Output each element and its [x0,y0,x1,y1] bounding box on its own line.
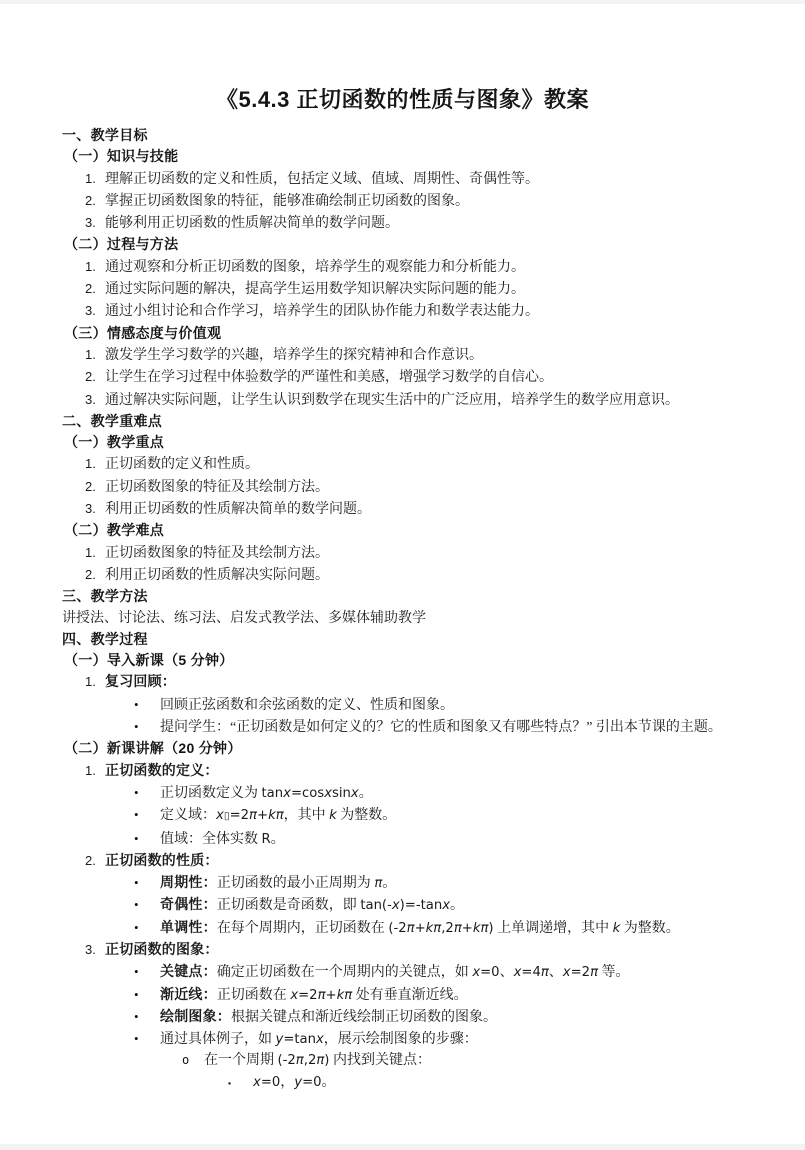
numbered-list-item: 2.让学生在学习过程中体验数学的严谨性和美感，增强学习数学的自信心。 [85,366,753,388]
bullet-list-item: •渐近线：正切函数在 x=2π+kπ 处有垂直渐近线。 [134,984,753,1006]
numbered-list-item: 1.理解正切函数的定义和性质，包括定义域、值域、周期性、奇偶性等。 [85,168,753,190]
bullet-list-item: •周期性：正切函数的最小正周期为 π。 [134,872,753,894]
line-text: 正切函数定义为 tanx=cosxsinx。 [160,783,373,804]
numbered-list-item: 1.复习回顾： [85,671,753,693]
bullet-list-item: •关键点：确定正切函数在一个周期内的关键点，如 x=0、x=4π、x=2π 等。 [134,961,753,983]
line-text: 周期性：正切函数的最小正周期为 π。 [160,872,396,894]
line-text: 提问学生：“正切函数是如何定义的？它的性质和图象又有哪些特点？” 引出本节课的主… [160,717,722,738]
subsection-heading: （二）过程与方法 [64,234,753,255]
item-number: 2. [85,278,105,299]
bullet-list-item: •单调性：在每个周期内，正切函数在 (-2π+kπ,2π+kπ) 上单调递增，其… [134,917,753,939]
line-text: 奇偶性：正切函数是奇函数，即 tan(-x)=-tanx。 [160,894,464,916]
item-number: 2. [85,476,105,497]
item-number: 3. [85,300,105,321]
numbered-list-item: 3.通过小组讨论和合作学习，培养学生的团队协作能力和数学表达能力。 [85,300,753,322]
numbered-list-item: 2.掌握正切函数图象的特征，能够准确绘制正切函数的图象。 [85,190,753,212]
line-text: x=0，y=0。 [253,1072,336,1093]
line-text: 通过实际问题的解决，提高学生运用数学知识解决实际问题的能力。 [105,279,525,300]
line-text: 值域：全体实数 R。 [160,829,285,850]
paragraph: 讲授法、讨论法、练习法、启发式教学法、多媒体辅助教学 [62,608,753,629]
numbered-list-item: 2.正切函数图象的特征及其绘制方法。 [85,476,753,498]
line-text: 通过观察和分析正切函数的图象，培养学生的观察能力和分析能力。 [105,257,525,278]
numbered-list-item: 3.利用正切函数的性质解决简单的数学问题。 [85,498,753,520]
line-text: 二、教学重难点 [62,411,162,432]
subsection-heading: （二）教学难点 [64,520,753,541]
disc-bullet-icon: • [134,716,160,737]
disc-bullet-icon: • [134,828,160,849]
line-text: （二）教学难点 [64,520,164,541]
disc-bullet-icon: • [134,984,160,1005]
line-text: 关键点：确定正切函数在一个周期内的关键点，如 x=0、x=4π、x=2π 等。 [160,961,630,983]
item-number: 1. [85,256,105,277]
numbered-list-item: 2.正切函数的性质： [85,850,753,872]
line-text: 让学生在学习过程中体验数学的严谨性和美感，增强学习数学的自信心。 [105,367,553,388]
line-text: 利用正切函数的性质解决简单的数学问题。 [105,499,371,520]
line-text: 能够利用正切函数的性质解决简单的数学问题。 [105,213,399,234]
line-text: 讲授法、讨论法、练习法、启发式教学法、多媒体辅助教学 [62,608,426,629]
document-page: 《5.4.3 正切函数的性质与图象》教案 一、教学目标（一）知识与技能1.理解正… [0,4,805,1144]
bullet-list-item: •通过具体例子，如 y=tanx，展示绘制图象的步骤： [134,1028,753,1050]
disc-bullet-icon: • [134,1028,160,1049]
line-text: 正切函数的性质： [105,850,219,872]
line-text: 绘制图象：根据关键点和渐近线绘制正切函数的图象。 [160,1006,497,1028]
disc-bullet-icon: • [134,804,160,825]
item-number: 1. [85,344,105,365]
bullet-list-item: •奇偶性：正切函数是奇函数，即 tan(-x)=-tanx。 [134,894,753,916]
bullet-list-item: •回顾正弦函数和余弦函数的定义、性质和图象。 [134,694,753,716]
section-heading: 三、教学方法 [62,586,753,607]
disc-bullet-icon: • [134,782,160,803]
line-text: 定义域：x▯=2π+kπ，其中 k 为整数。 [160,805,396,827]
disc-bullet-icon: • [134,694,160,715]
line-text: 通过小组讨论和合作学习，培养学生的团队协作能力和数学表达能力。 [105,301,539,322]
subsection-heading: （一）导入新课（5 分钟） [64,650,753,671]
item-number: 3. [85,498,105,519]
circle-bullet-icon: o [182,1050,204,1071]
line-text: （二）新课讲解（20 分钟） [64,738,242,759]
line-text: 正切函数图象的特征及其绘制方法。 [105,543,329,564]
section-heading: 一、教学目标 [62,125,753,146]
section-heading: 四、教学过程 [62,629,753,650]
line-text: 单调性：在每个周期内，正切函数在 (-2π+kπ,2π+kπ) 上单调递增，其中… [160,917,680,939]
line-text: 正切函数的图象： [105,939,219,961]
disc-bullet-icon: • [134,1006,160,1027]
disc-bullet-icon: • [134,872,160,893]
doc-body: 一、教学目标（一）知识与技能1.理解正切函数的定义和性质，包括定义域、值域、周期… [62,125,753,1094]
item-number: 3. [85,389,105,410]
page-title: 《5.4.3 正切函数的性质与图象》教案 [0,4,805,116]
numbered-list-item: 3.正切函数的图象： [85,939,753,961]
line-text: （二）过程与方法 [64,234,178,255]
line-text: （一）导入新课（5 分钟） [64,650,234,671]
line-text: （一）知识与技能 [64,146,178,167]
item-number: 3. [85,212,105,233]
disc-bullet-icon: • [134,961,160,982]
sub-sub-bullet-list-item: ▪x=0，y=0。 [228,1072,753,1094]
line-text: 回顾正弦函数和余弦函数的定义、性质和图象。 [160,695,454,716]
line-text: 在一个周期 (-2π,2π) 内找到关键点： [204,1050,431,1071]
numbered-list-item: 1.正切函数图象的特征及其绘制方法。 [85,542,753,564]
line-text: 通过具体例子，如 y=tanx，展示绘制图象的步骤： [160,1029,478,1050]
item-number: 3. [85,939,105,960]
line-text: 正切函数图象的特征及其绘制方法。 [105,477,329,498]
numbered-list-item: 1.激发学生学习数学的兴趣，培养学生的探究精神和合作意识。 [85,344,753,366]
numbered-list-item: 1.正切函数的定义： [85,760,753,782]
disc-bullet-icon: • [134,917,160,938]
item-number: 1. [85,453,105,474]
line-text: 三、教学方法 [62,586,148,607]
line-text: 正切函数的定义和性质。 [105,454,259,475]
item-number: 1. [85,671,105,692]
numbered-list-item: 1.通过观察和分析正切函数的图象，培养学生的观察能力和分析能力。 [85,256,753,278]
item-number: 2. [85,366,105,387]
sub-bullet-list-item: o在一个周期 (-2π,2π) 内找到关键点： [182,1050,753,1071]
bullet-list-item: •定义域：x▯=2π+kπ，其中 k 为整数。 [134,804,753,827]
numbered-list-item: 1.正切函数的定义和性质。 [85,453,753,475]
subsection-heading: （三）情感态度与价值观 [64,323,753,344]
bullet-list-item: •提问学生：“正切函数是如何定义的？它的性质和图象又有哪些特点？” 引出本节课的… [134,716,753,738]
line-text: （一）教学重点 [64,432,164,453]
bullet-list-item: •绘制图象：根据关键点和渐近线绘制正切函数的图象。 [134,1006,753,1028]
subsection-heading: （一）知识与技能 [64,146,753,167]
bullet-list-item: •正切函数定义为 tanx=cosxsinx。 [134,782,753,804]
numbered-list-item: 2.通过实际问题的解决，提高学生运用数学知识解决实际问题的能力。 [85,278,753,300]
subsection-heading: （二）新课讲解（20 分钟） [64,738,753,759]
line-text: 正切函数的定义： [105,760,219,782]
line-text: 激发学生学习数学的兴趣，培养学生的探究精神和合作意识。 [105,345,483,366]
item-number: 1. [85,542,105,563]
line-text: 理解正切函数的定义和性质，包括定义域、值域、周期性、奇偶性等。 [105,169,539,190]
screen-edge-bottom [0,1143,805,1150]
line-text: （三）情感态度与价值观 [64,323,221,344]
item-number: 2. [85,190,105,211]
bullet-list-item: •值域：全体实数 R。 [134,828,753,850]
numbered-list-item: 3.通过解决实际问题，让学生认识到数学在现实生活中的广泛应用，培养学生的数学应用… [85,389,753,411]
square-bullet-icon: ▪ [228,1073,253,1094]
numbered-list-item: 3.能够利用正切函数的性质解决简单的数学问题。 [85,212,753,234]
item-number: 1. [85,168,105,189]
line-text: 通过解决实际问题，让学生认识到数学在现实生活中的广泛应用，培养学生的数学应用意识… [105,390,679,411]
line-text: 复习回顾： [105,671,176,693]
item-number: 2. [85,564,105,585]
section-heading: 二、教学重难点 [62,411,753,432]
line-text: 一、教学目标 [62,125,148,146]
subsection-heading: （一）教学重点 [64,432,753,453]
item-number: 2. [85,850,105,871]
line-text: 渐近线：正切函数在 x=2π+kπ 处有垂直渐近线。 [160,984,468,1006]
item-number: 1. [85,760,105,781]
numbered-list-item: 2.利用正切函数的性质解决实际问题。 [85,564,753,586]
line-text: 四、教学过程 [62,629,148,650]
line-text: 掌握正切函数图象的特征，能够准确绘制正切函数的图象。 [105,191,469,212]
disc-bullet-icon: • [134,894,160,915]
line-text: 利用正切函数的性质解决实际问题。 [105,565,329,586]
